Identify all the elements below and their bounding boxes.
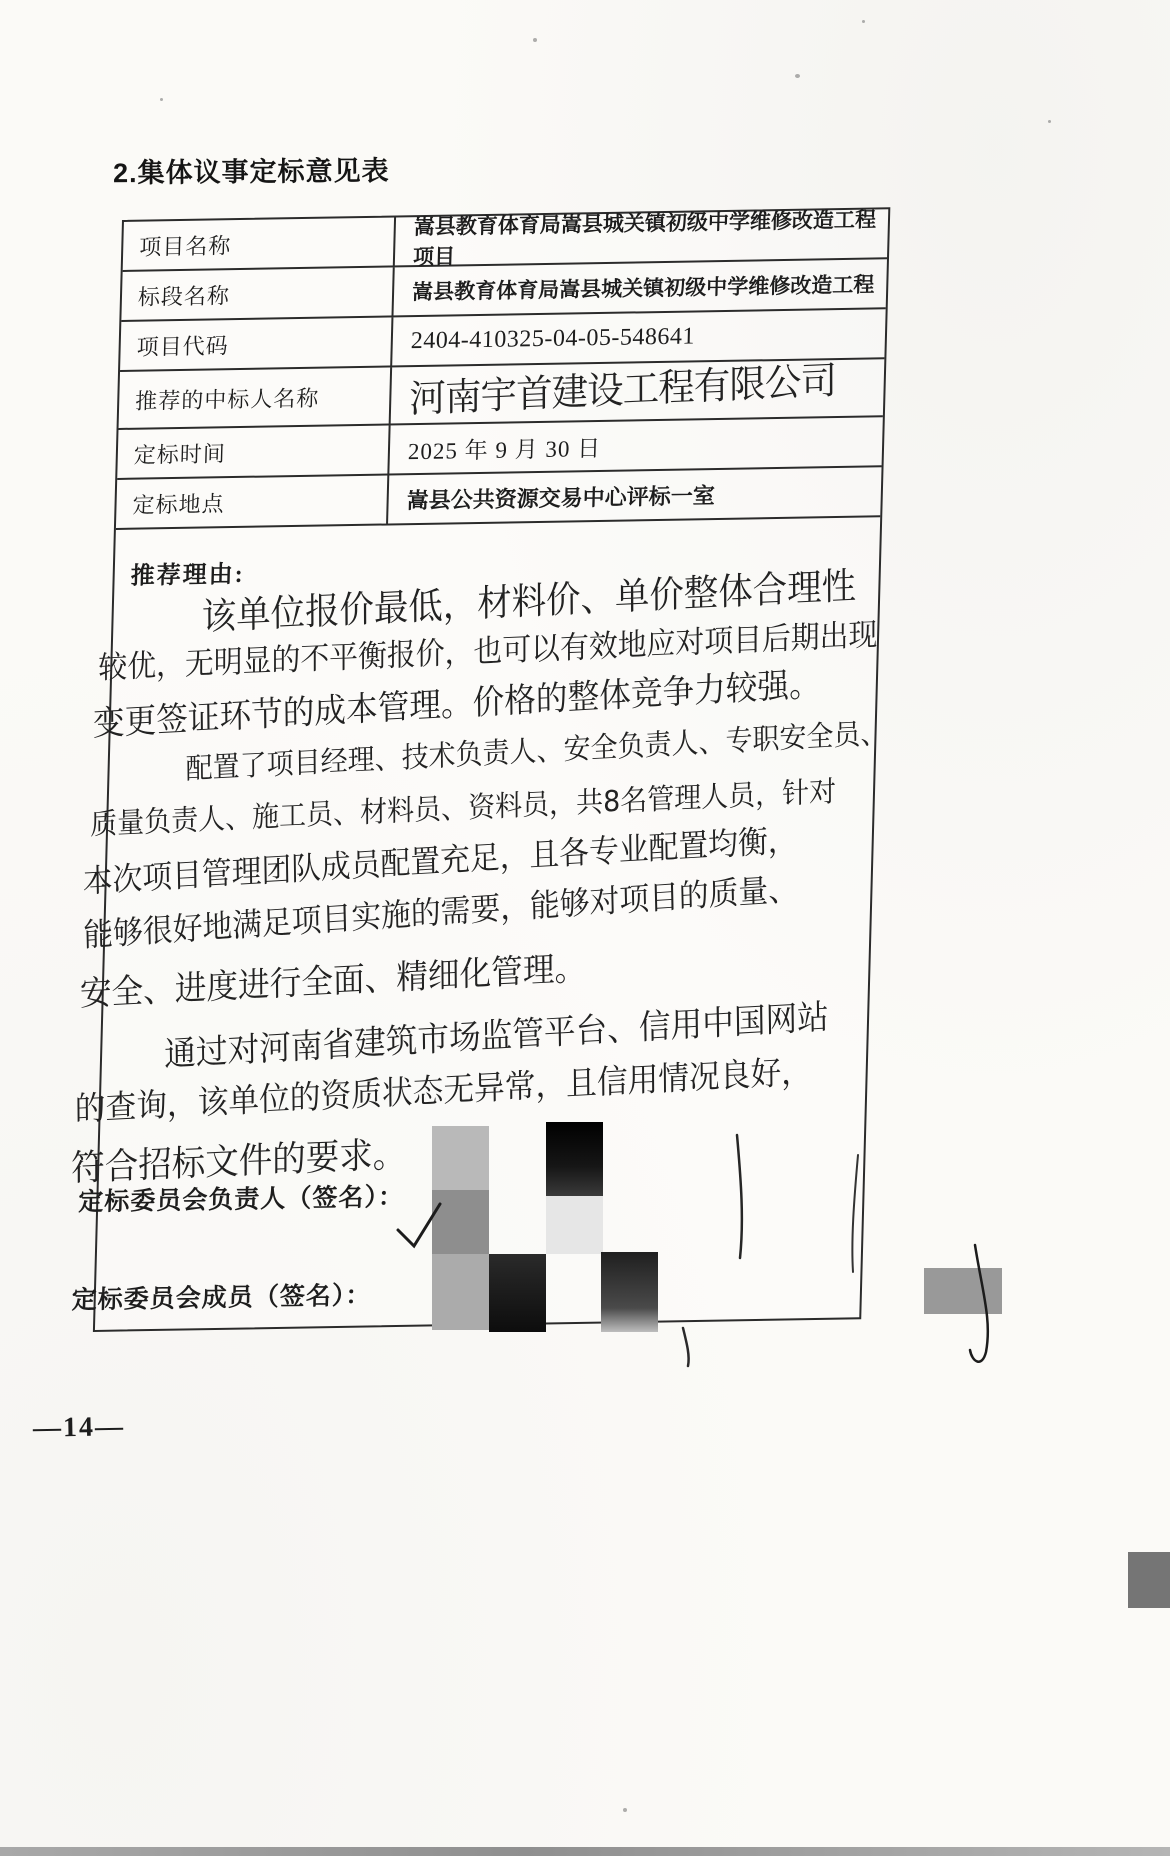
redaction-block (924, 1268, 1002, 1314)
row-label: 项目名称 (123, 217, 396, 270)
row-label: 标段名称 (121, 267, 394, 320)
signature-label-committee-members: 定标委员会成员（签名）： (71, 1275, 372, 1316)
row-value: 嵩县教育体育局嵩县城关镇初级中学维修改造工程 (394, 259, 887, 315)
row-label: 推荐的中标人名称 (119, 367, 393, 428)
document-title: 2.集体议事定标意见表 (113, 149, 390, 190)
redaction-block (546, 1196, 603, 1254)
scanner-bottom-band (0, 1847, 1170, 1856)
scanned-document-page: 2.集体议事定标意见表 项目名称 嵩县教育体育局嵩县城关镇初级中学维修改造工程项… (0, 0, 1170, 1856)
redaction-block (489, 1254, 546, 1332)
redaction-block (432, 1254, 489, 1330)
bid-decision-table: 项目名称 嵩县教育体育局嵩县城关镇初级中学维修改造工程项目 标段名称 嵩县教育体… (93, 207, 890, 1332)
row-value: 嵩县教育体育局嵩县城关镇初级中学维修改造工程项目 (395, 209, 888, 265)
redaction-block (432, 1126, 489, 1190)
page-number: —14— (33, 1411, 126, 1445)
redaction-block (432, 1190, 489, 1254)
row-value: 2025 年 9 月 30 日 (389, 417, 882, 473)
redaction-block (546, 1122, 603, 1196)
row-value: 河南宇首建设工程有限公司 (391, 359, 885, 423)
scan-speck (160, 98, 163, 101)
scan-edge-artifact (1128, 1552, 1170, 1608)
scan-speck (623, 1808, 627, 1812)
scan-speck (533, 38, 537, 42)
scan-speck (795, 74, 800, 78)
row-label: 项目代码 (120, 317, 393, 370)
scan-speck (1048, 120, 1051, 123)
scan-speck (862, 20, 865, 23)
redaction-block (601, 1252, 658, 1332)
row-value: 嵩县公共资源交易中心评标一室 (388, 467, 881, 523)
signature-label-committee-leader: 定标委员会负责人（签名）： (78, 1177, 405, 1218)
row-label: 定标地点 (116, 475, 389, 528)
row-label: 定标时间 (117, 425, 390, 478)
